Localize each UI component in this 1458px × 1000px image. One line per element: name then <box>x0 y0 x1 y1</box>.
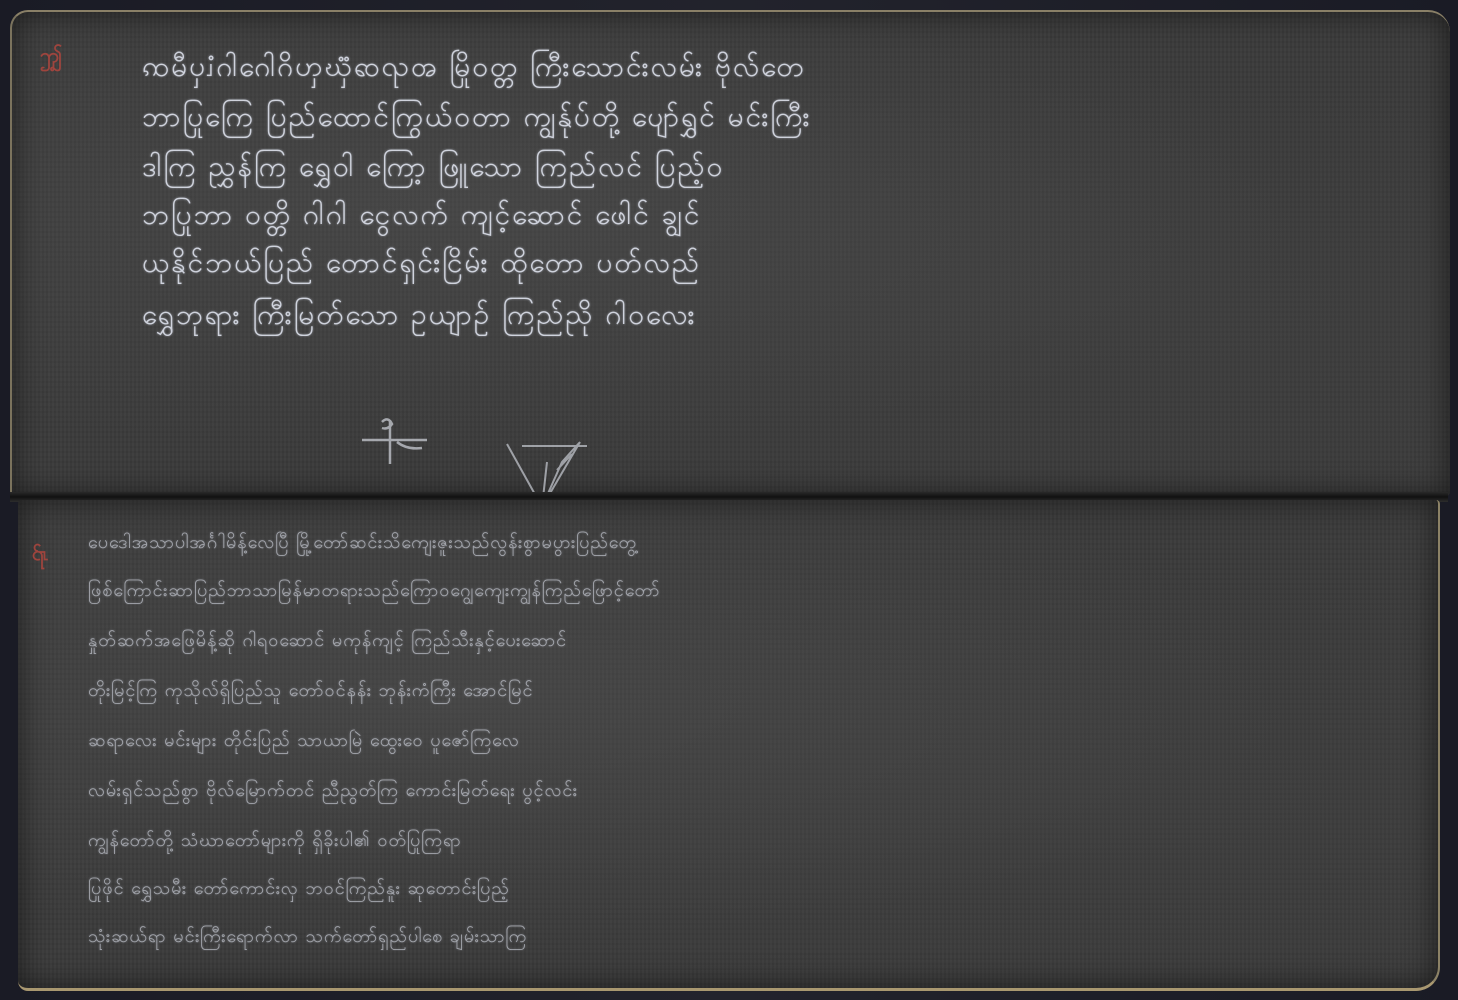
manuscript-page-top: ꩶ ꩡမီၦၨဂါဂေါဂိၯၰၱၹၺၻ မြိုဝတ္တ ကြီးသောင်း… <box>10 10 1450 496</box>
page-marker-top: ꩶ <box>40 42 62 72</box>
text-line: ပေဒေါအသာပါအင်္ဂါမိန့်လေပြီ မြို့တော်ဆင်း… <box>88 530 1428 557</box>
manuscript-page-bottom: ꩷ ပေဒေါအသာပါအင်္ဂါမိန့်လေပြီ မြို့တော်ဆင… <box>18 500 1440 991</box>
text-line: ဘပြုဘာ ဝတ္တိ ဂါဂါ ငွေလက် ကျင့်ဆောင် ဖေါင… <box>142 196 1442 238</box>
text-line: ကျွန်တော်တို့ သံဃာတော်များကို ရှိခိုးပါ၏… <box>88 828 1428 855</box>
text-line: ယုနိုင်ဘယ်ပြည် တောင်ရှင်းငြိမ်း ထိုတော ပ… <box>142 244 1442 286</box>
heart-mark-icon <box>502 432 602 496</box>
text-line: ဒါကြ ညွှန်ကြ ရွှေဝါ ကြော့ ဖြူသော ကြည်လင်… <box>142 148 1442 190</box>
text-line: ရွှေဘုရား ကြီးမြတ်သော ဥယျာဉ် ကြည်ညို ဂါဝ… <box>142 296 1442 338</box>
text-line: လမ်းရှင်သည်စွာ ဗိုလ်မြောက်တင် ညီညွတ်ကြ က… <box>88 778 1428 805</box>
text-line: ဖြစ်ကြောင်းဆာပြည်ဘာသာမြန်မာတရားသည်ကြောဝဂ… <box>88 578 1428 605</box>
cross-mark-icon <box>352 412 432 482</box>
page-marker-bottom: ꩷ <box>32 540 48 570</box>
text-line: တိုးမြင့်ကြ ကုသိုလ်ရှိပြည်သူ တော်ဝင်နန်း… <box>88 678 1428 705</box>
text-line: ဘာပြုကြေ ပြည်ထောင်ကြွယ်ဝတာ ကျွန်ုပ်တို့ … <box>142 98 1442 140</box>
text-line: ꩡမီၦၨဂါဂေါဂိၯၰၱၹၺၻ မြိုဝတ္တ ကြီးသောင်းလမ… <box>142 48 1442 90</box>
text-line: ဆရာလေး မင်းများ တိုင်းပြည် သာယာမြဲ ထွေးဝ… <box>88 728 1428 755</box>
text-line: နှုတ်ဆက်အဖြေမိန့်ဆို ဂါရဝဆောင် မကုန်ကျင့… <box>88 628 1428 655</box>
text-line: သုံးဆယ်ရာ မင်းကြီးရောက်လာ သက်တော်ရှည်ပါစ… <box>88 924 1428 951</box>
text-line: ပြုဖိုင် ရွှေသမီး တော်ကောင်းလှ ဘဝင်ကြည်န… <box>88 876 1428 903</box>
